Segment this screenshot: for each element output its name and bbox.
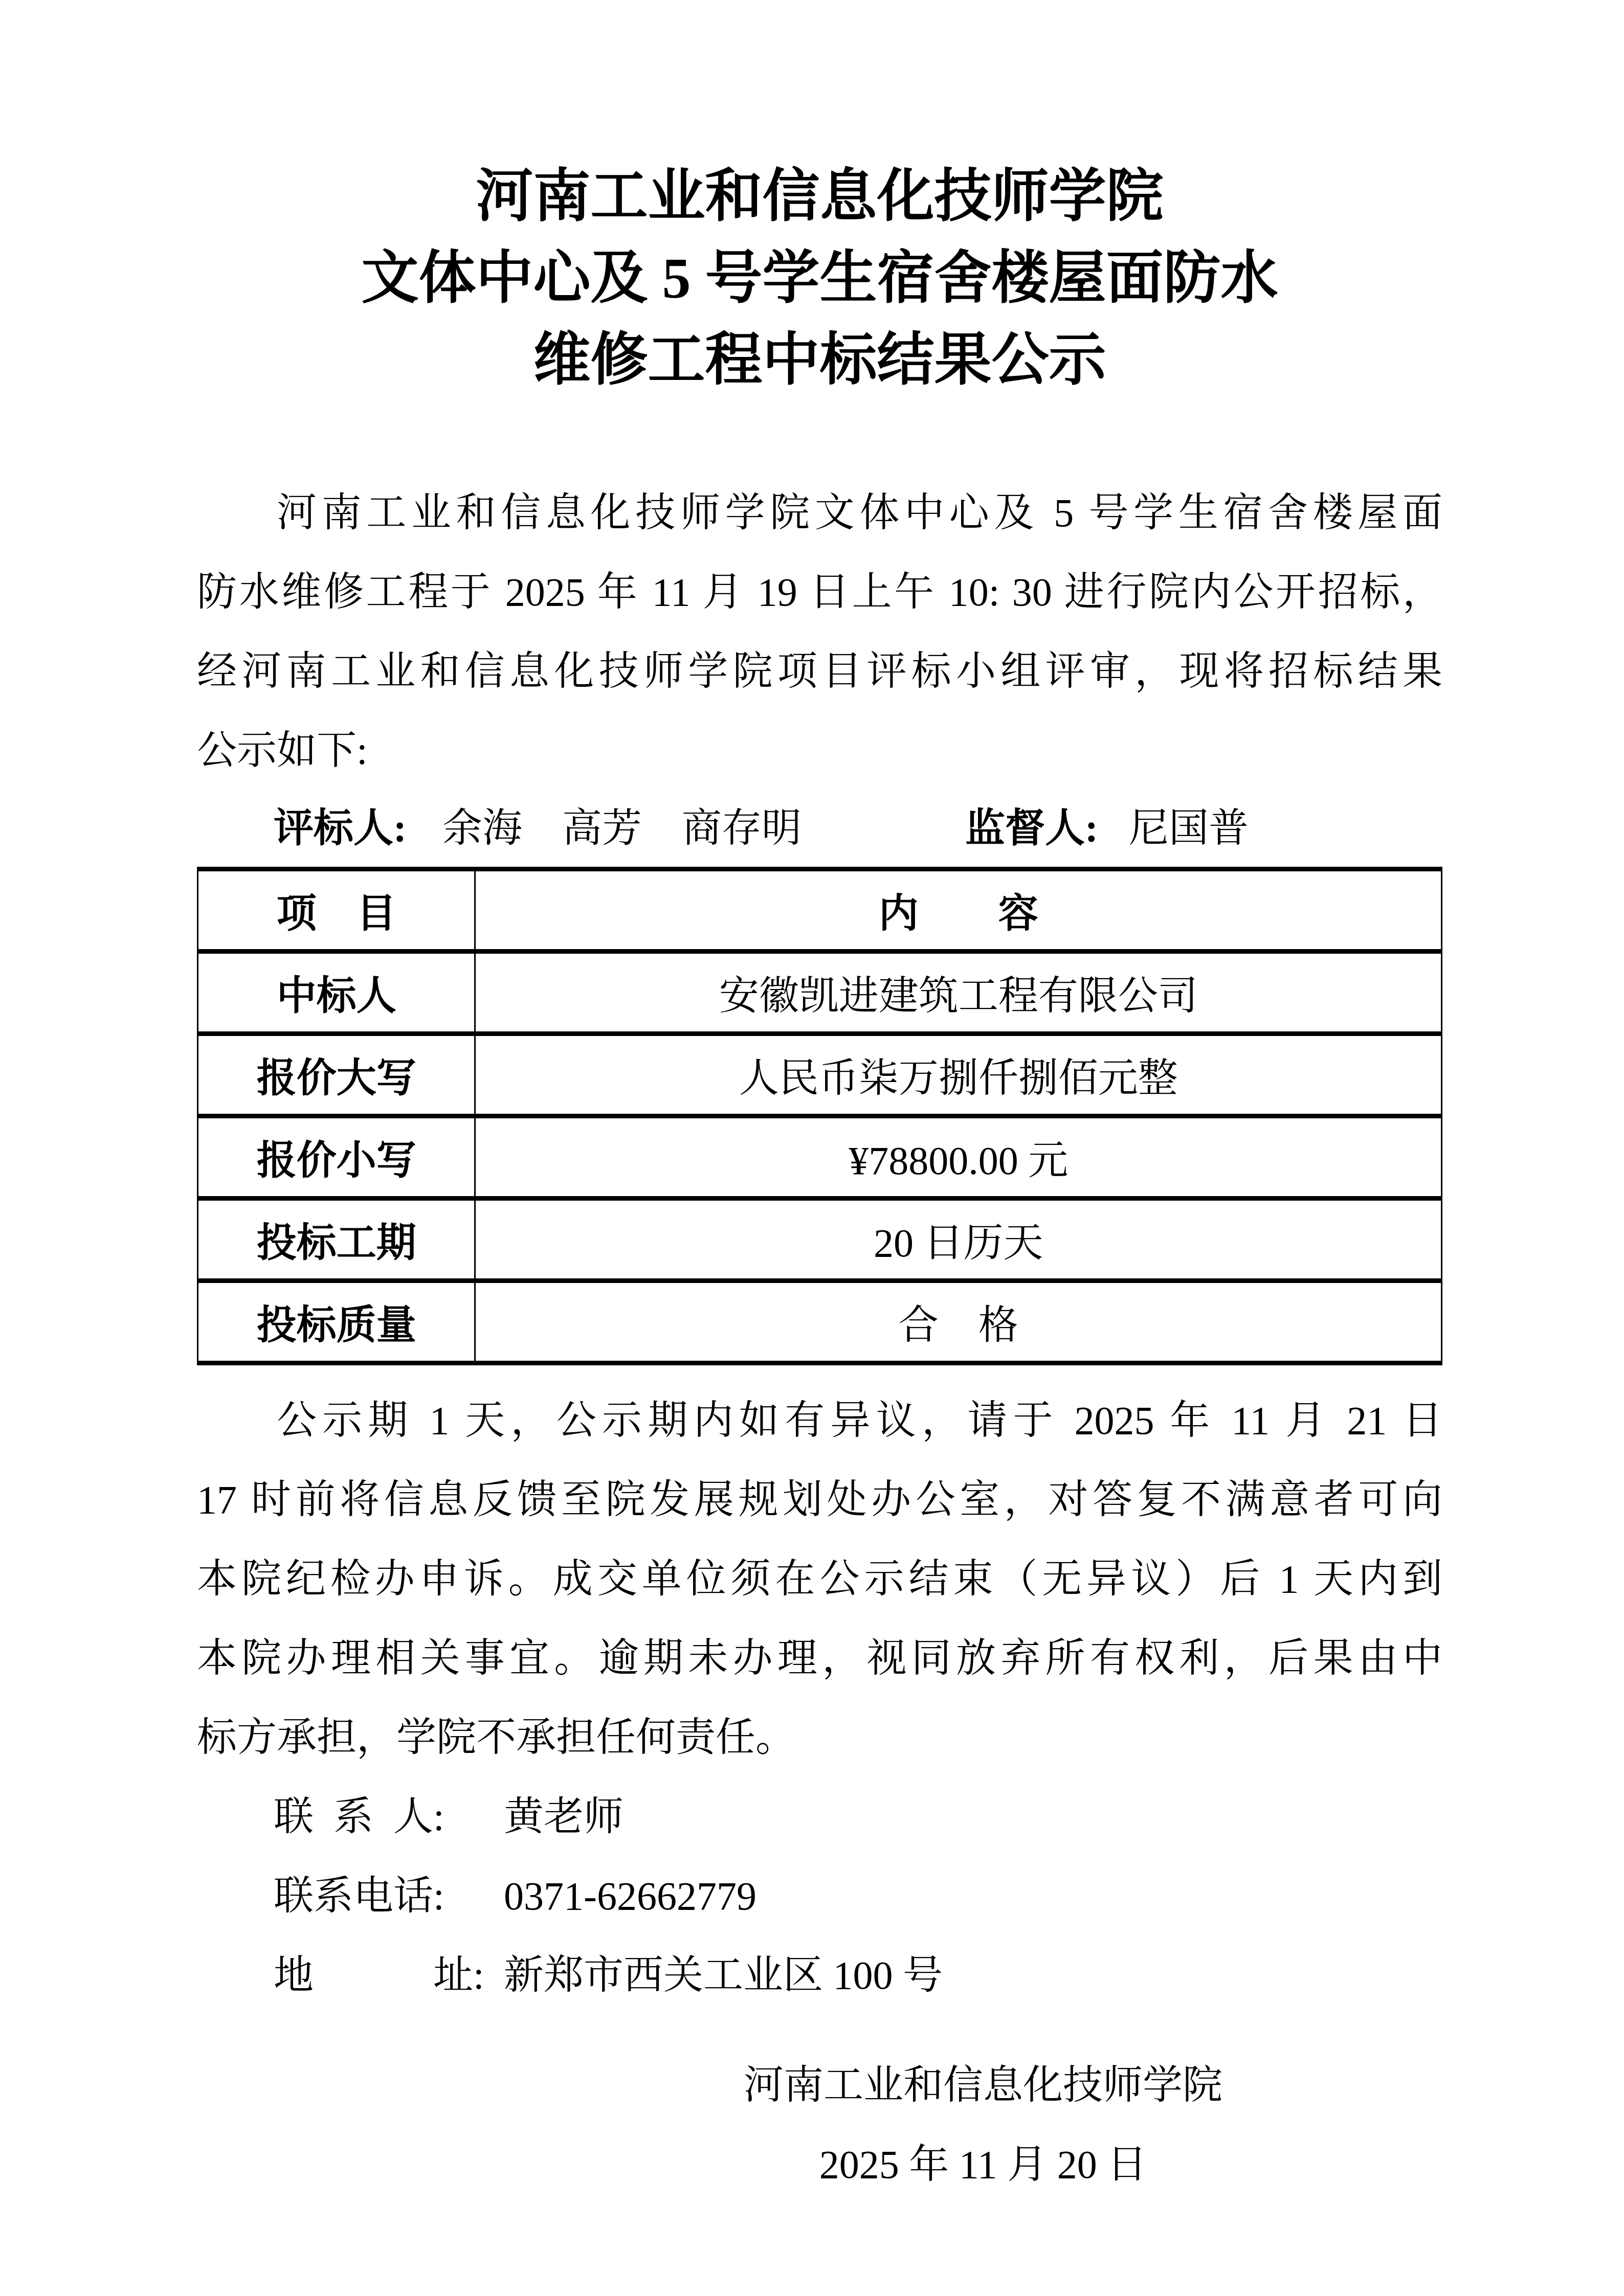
title-line-3: 维修工程中标结果公示 [197,320,1442,401]
notice-line: 17 时前将信息反馈至院发展规划处办公室，对答复不满意者可向 [197,1460,1442,1539]
contact-phone-line: 联系电话:0371-62662779 [197,1856,1442,1935]
header-content-cell: 内 容 [475,869,1442,952]
title-line-2: 文体中心及 5 号学生宿舍楼屋面防水 [197,238,1442,320]
notice-line: 本院办理相关事宜。逾期未办理，视同放弃所有权利，后果由中 [197,1618,1442,1698]
signature-block: 河南工业和信息化技师学院 2025 年 11 月 20 日 [197,2045,1442,2204]
row-label-cell: 报价大写 [198,1034,475,1116]
row-value-cell: ¥78800.00 元 [475,1116,1442,1199]
intro-line: 防水维修工程于 2025 年 11 月 19 日上午 10: 30 进行院内公开… [197,552,1442,632]
header-item-cell: 项 目 [198,869,475,952]
table-row: 投标工期 20 日历天 [198,1199,1442,1281]
notice-line: 公示期 1 天，公示期内如有异议，请于 2025 年 11 月 21 日 [197,1381,1442,1460]
bid-result-table: 项 目 内 容 中标人 安徽凯进建筑工程有限公司 报价大写 人民币柒万捌仟捌佰元… [197,867,1442,1365]
row-label-cell: 投标工期 [198,1199,475,1281]
contact-phone-label: 联系电话: [274,1856,504,1935]
row-label-cell: 报价小写 [198,1116,475,1199]
contact-block: 联 系 人:黄老师 联系电话:0371-62662779 地 址:新郑市西关工业… [197,1777,1442,2015]
signature-date: 2025 年 11 月 20 日 [744,2125,1222,2204]
row-label-cell: 中标人 [198,952,475,1034]
intro-line: 公示如下: [197,711,1442,790]
table-row: 中标人 安徽凯进建筑工程有限公司 [198,952,1442,1034]
notice-paragraph: 公示期 1 天，公示期内如有异议，请于 2025 年 11 月 21 日 17 … [197,1381,1442,1777]
notice-line: 标方承担，学院不承担任何责任。 [197,1698,1442,1777]
row-value-cell: 合 格 [475,1281,1442,1363]
table-header-row: 项 目 内 容 [198,869,1442,952]
contact-person-line: 联 系 人:黄老师 [197,1777,1442,1856]
notice-line: 本院纪检办申诉。成交单位须在公示结束（无异议）后 1 天内到 [197,1539,1442,1618]
contact-address-label: 地 址: [274,1935,504,2015]
row-label-cell: 投标质量 [198,1281,475,1363]
row-value-cell: 安徽凯进建筑工程有限公司 [475,952,1442,1034]
supervisor-label: 监督人: [965,790,1098,867]
announcement-page: 河南工业和信息化技师学院 文体中心及 5 号学生宿舍楼屋面防水 维修工程中标结果… [0,0,1624,2296]
table-row: 报价小写 ¥78800.00 元 [198,1116,1442,1199]
table-row: 投标质量 合 格 [198,1281,1442,1363]
contact-address-value: 新郑市西关工业区 100 号 [504,1953,943,1997]
supervisor-name: 尼国普 [1129,790,1249,867]
document-title: 河南工业和信息化技师学院 文体中心及 5 号学生宿舍楼屋面防水 维修工程中标结果… [197,156,1442,401]
contact-person-value: 黄老师 [504,1794,624,1839]
intro-paragraph: 河南工业和信息化技师学院文体中心及 5 号学生宿舍楼屋面 防水维修工程于 202… [197,473,1442,790]
evaluators-names: 余海 高芳 商存明 [442,790,802,867]
contact-address-line: 地 址:新郑市西关工业区 100 号 [197,1935,1442,2015]
signature-inner: 河南工业和信息化技师学院 2025 年 11 月 20 日 [744,2045,1222,2204]
evaluators-label: 评标人: [274,790,407,867]
table-row: 报价大写 人民币柒万捌仟捌佰元整 [198,1034,1442,1116]
row-value-cell: 20 日历天 [475,1199,1442,1281]
contact-person-label: 联 系 人: [274,1777,504,1856]
row-value-cell: 人民币柒万捌仟捌佰元整 [475,1034,1442,1116]
contact-phone-value: 0371-62662779 [504,1874,757,1918]
title-line-1: 河南工业和信息化技师学院 [197,156,1442,238]
signature-org: 河南工业和信息化技师学院 [744,2045,1222,2125]
evaluators-line: 评标人: 余海 高芳 商存明 监督人: 尼国普 [197,790,1442,867]
intro-line: 河南工业和信息化技师学院文体中心及 5 号学生宿舍楼屋面 [197,473,1442,552]
intro-line: 经河南工业和信息化技师学院项目评标小组评审，现将招标结果 [197,632,1442,711]
